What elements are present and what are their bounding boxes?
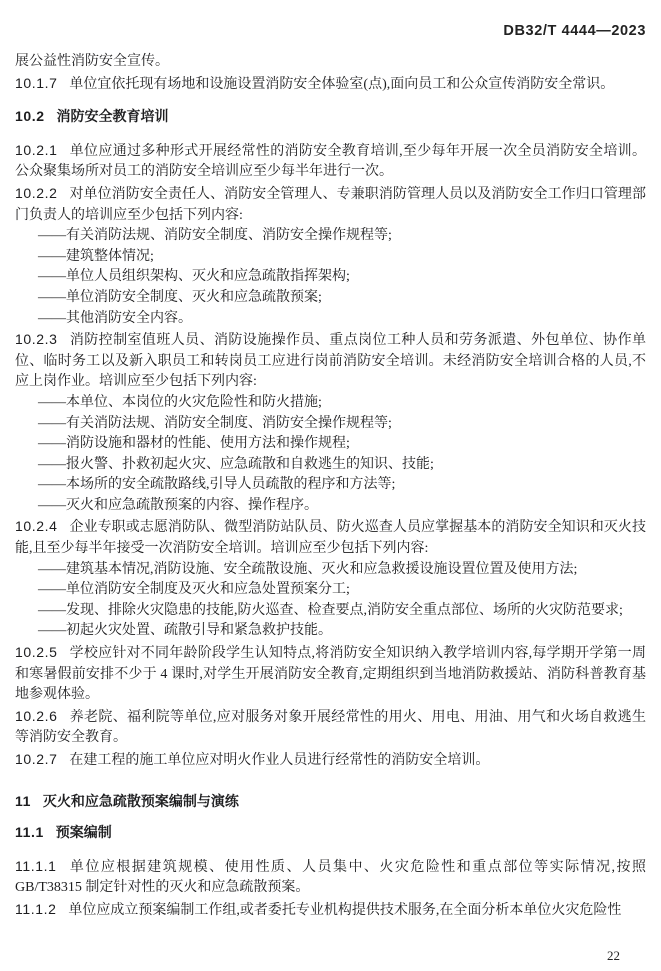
clause-number: 10.1.7 (15, 75, 58, 91)
document-page: DB32/T 4444—2023 展公益性消防安全宣传。10.1.7单位宜依托现… (0, 0, 661, 971)
list-item: ——单位消防安全制度、灭火和应急疏散预案; (15, 288, 646, 309)
block-text: ——单位消防安全制度、灭火和应急疏散预案; (38, 290, 322, 305)
clause-paragraph: 10.2.5学校应针对不同年龄阶段学生认知特点,将消防安全知识纳入教学培训内容,… (15, 642, 646, 706)
clause-paragraph: 10.2.1单位应通过多种形式开展经常性的消防安全教育培训,至少每年开展一次全员… (15, 140, 646, 183)
block-text: ——灭火和应急疏散预案的内容、操作程序。 (38, 498, 318, 513)
block-text: 单位应通过多种形式开展经常性的消防安全教育培训,至少每年开展一次全员消防安全培训… (15, 144, 646, 180)
clause-paragraph: 10.1.7单位宜依托现有场地和设施设置消防安全体验室(点),面向员工和公众宣传… (15, 73, 646, 96)
list-item: ——灭火和应急疏散预案的内容、操作程序。 (15, 496, 646, 517)
block-text: ——有关消防法规、消防安全制度、消防安全操作规程等; (38, 228, 392, 243)
clause-paragraph: 10.2.7在建工程的施工单位应对明火作业人员进行经常性的消防安全培训。 (15, 749, 646, 772)
clause-number: 11 (15, 793, 31, 809)
list-item: ——有关消防法规、消防安全制度、消防安全操作规程等; (15, 414, 646, 435)
subsection-heading: 10.2消防安全教育培训 (15, 106, 646, 127)
clause-number: 10.2.4 (15, 518, 58, 534)
block-text: ——建筑基本情况,消防设施、安全疏散设施、灭火和应急救援设施设置位置及使用方法; (38, 562, 577, 577)
block-text: 在建工程的施工单位应对明火作业人员进行经常性的消防安全培训。 (69, 753, 489, 768)
list-item: ——发现、排除火灾隐患的技能,防火巡查、检查要点,消防安全重点部位、场所的火灾防… (15, 601, 646, 622)
block-text: ——本场所的安全疏散路线,引导人员疏散的程序和方法等; (38, 477, 395, 492)
clause-paragraph: 10.2.3消防控制室值班人员、消防设施操作员、重点岗位工种人员和劳务派遣、外包… (15, 329, 646, 393)
clause-number: 11.1 (15, 824, 44, 840)
clause-number: 10.2.3 (15, 331, 58, 347)
list-item: ——其他消防安全内容。 (15, 309, 646, 330)
list-item: ——消防设施和器材的性能、使用方法和操作规程; (15, 434, 646, 455)
clause-number: 10.2.6 (15, 708, 58, 724)
clause-number: 10.2.2 (15, 185, 58, 201)
clause-number: 10.2.1 (15, 142, 58, 158)
block-text: ——发现、排除火灾隐患的技能,防火巡查、检查要点,消防安全重点部位、场所的火灾防… (38, 603, 623, 618)
list-item: ——初起火灾处置、疏散引导和紧急救护技能。 (15, 621, 646, 642)
clause-number: 10.2.7 (15, 751, 58, 767)
clause-number: 10.2 (15, 108, 45, 124)
clause-paragraph: 11.1.2单位应成立预案编制工作组,或者委托专业机构提供技术服务,在全面分析本… (15, 899, 646, 922)
block-text: 单位应成立预案编制工作组,或者委托专业机构提供技术服务,在全面分析本单位火灾危险… (68, 903, 621, 918)
paragraph: 展公益性消防安全宣传。 (15, 52, 646, 73)
list-item: ——建筑整体情况; (15, 247, 646, 268)
section-heading: 11灭火和应急疏散预案编制与演练 (15, 791, 646, 812)
clause-number: 10.2.5 (15, 644, 58, 660)
clause-number: 11.1.1 (15, 858, 57, 874)
block-text: 对单位消防安全责任人、消防安全管理人、专兼职消防管理人员以及消防安全工作归口管理… (15, 187, 646, 223)
block-text: 预案编制 (56, 824, 112, 840)
clause-paragraph: 11.1.1单位应根据建筑规模、使用性质、人员集中、火灾危险性和重点部位等实际情… (15, 856, 646, 899)
block-text: ——其他消防安全内容。 (38, 311, 192, 326)
block-text: ——消防设施和器材的性能、使用方法和操作规程; (38, 436, 350, 451)
block-text: 消防安全教育培训 (57, 108, 169, 124)
block-text: 企业专职或志愿消防队、微型消防站队员、防火巡查人员应掌握基本的消防安全知识和灭火… (15, 520, 646, 556)
block-text: ——本单位、本岗位的火灾危险性和防火措施; (38, 395, 322, 410)
standard-code: DB32/T 4444—2023 (503, 21, 646, 42)
clause-paragraph: 10.2.6养老院、福利院等单位,应对服务对象开展经常性的用火、用电、用油、用气… (15, 706, 646, 749)
list-item: ——建筑基本情况,消防设施、安全疏散设施、灭火和应急救援设施设置位置及使用方法; (15, 560, 646, 581)
block-text: 养老院、福利院等单位,应对服务对象开展经常性的用火、用电、用油、用气和火场自救逃… (15, 710, 646, 746)
block-text: ——有关消防法规、消防安全制度、消防安全操作规程等; (38, 416, 392, 431)
block-text: 单位宜依托现有场地和设施设置消防安全体验室(点),面向员工和公众宣传消防安全常识… (69, 77, 614, 92)
block-text: ——单位消防安全制度及灭火和应急处置预案分工; (38, 582, 350, 597)
clause-paragraph: 10.2.2对单位消防安全责任人、消防安全管理人、专兼职消防管理人员以及消防安全… (15, 183, 646, 226)
subsection-heading: 11.1预案编制 (15, 822, 646, 843)
block-text: ——报火警、扑救初起火灾、应急疏散和自救逃生的知识、技能; (38, 457, 434, 472)
document-body: 展公益性消防安全宣传。10.1.7单位宜依托现有场地和设施设置消防安全体验室(点… (15, 52, 646, 922)
block-text: 学校应针对不同年龄阶段学生认知特点,将消防安全知识纳入教学培训内容,每学期开学第… (15, 646, 646, 702)
block-text: ——单位人员组织架构、灭火和应急疏散指挥架构; (38, 269, 350, 284)
list-item: ——单位消防安全制度及灭火和应急处置预案分工; (15, 580, 646, 601)
block-text: 消防控制室值班人员、消防设施操作员、重点岗位工种人员和劳务派遣、外包单位、协作单… (15, 333, 646, 389)
block-text: 单位应根据建筑规模、使用性质、人员集中、火灾危险性和重点部位等实际情况,按照 G… (15, 860, 646, 896)
clause-paragraph: 10.2.4企业专职或志愿消防队、微型消防站队员、防火巡查人员应掌握基本的消防安… (15, 516, 646, 559)
list-item: ——报火警、扑救初起火灾、应急疏散和自救逃生的知识、技能; (15, 455, 646, 476)
list-item: ——本场所的安全疏散路线,引导人员疏散的程序和方法等; (15, 475, 646, 496)
page-number: 22 (607, 946, 620, 967)
block-text: ——建筑整体情况; (38, 249, 154, 264)
list-item: ——本单位、本岗位的火灾危险性和防火措施; (15, 393, 646, 414)
list-item: ——有关消防法规、消防安全制度、消防安全操作规程等; (15, 226, 646, 247)
block-text: ——初起火灾处置、疏散引导和紧急救护技能。 (38, 623, 332, 638)
block-text: 灭火和应急疏散预案编制与演练 (43, 793, 239, 809)
clause-number: 11.1.2 (15, 901, 57, 917)
block-text: 展公益性消防安全宣传。 (15, 54, 169, 69)
list-item: ——单位人员组织架构、灭火和应急疏散指挥架构; (15, 267, 646, 288)
